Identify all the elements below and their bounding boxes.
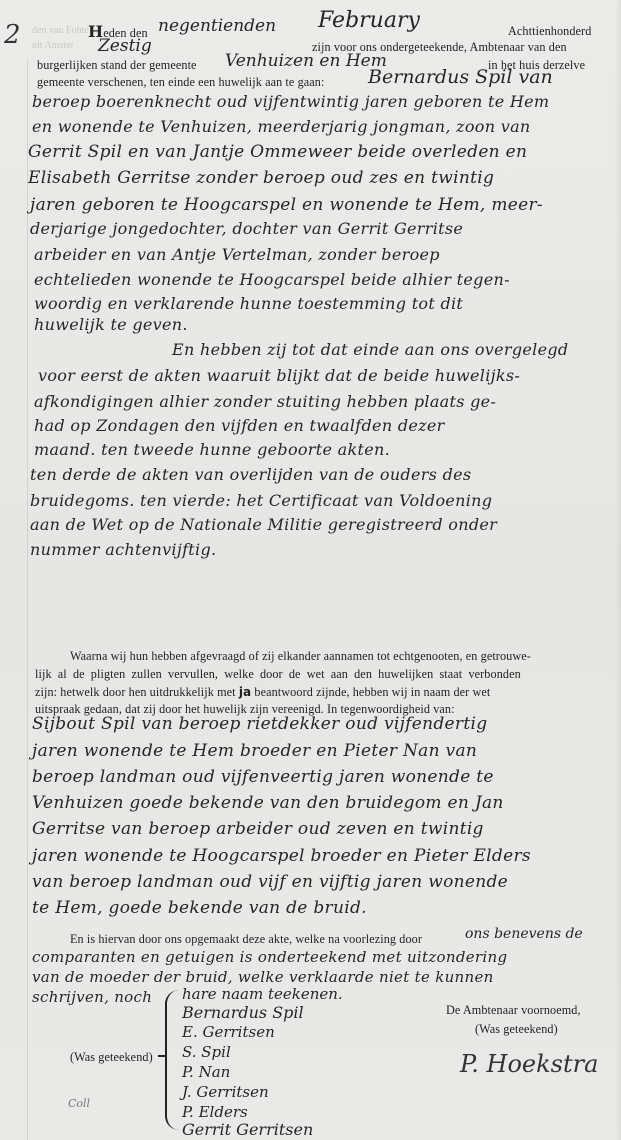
closing-inline: ons benevens de <box>465 926 583 942</box>
witness-line: jaren wonende te Hoogcarspel broeder en … <box>32 846 531 866</box>
margin-rule <box>27 60 28 1140</box>
witness-line: Sijbout Spil van beroep rietdekker oud v… <box>32 714 487 734</box>
page-edge-shadow <box>615 0 621 1140</box>
signature-brace <box>165 990 179 1130</box>
witness-line: Venhuizen goede bekende van den bruidego… <box>32 793 504 813</box>
waarna-line: Waarna wij hun hebben afgevraagd of zij … <box>70 649 531 664</box>
hand-line: arbeider en van Antje Vertelman, zonder … <box>34 245 440 264</box>
bleed-through-text: den van Fohte <box>32 25 89 36</box>
hand-line: woordig en verklarende hunne toestemming… <box>34 294 463 313</box>
hand-line: nummer achtenvijftig. <box>30 540 216 559</box>
ambtenaar-voornoemd: De Ambtenaar voornoemd, <box>446 1003 581 1018</box>
hand-line: had op Zondagen den vijfden en twaalfden… <box>34 416 445 435</box>
hand-line: echtelieden wonende te Hoogcarspel beide… <box>34 270 510 289</box>
certificate-page: den van Fohte uit Amster 2 Heden den neg… <box>0 0 621 1140</box>
ja-emphasis: ja <box>239 685 251 699</box>
signature: P. Nan <box>182 1063 230 1081</box>
groom-name: Bernardus Spil van <box>368 66 553 88</box>
page-number: 2 <box>4 20 21 50</box>
waarna-line: zijn: hetwelk door hen uitdrukkelijk met… <box>35 685 490 700</box>
hand-line: En hebben zij tot dat einde aan ons over… <box>172 340 568 359</box>
achttienhonderd-label: Achttienhonderd <box>508 24 591 39</box>
hand-line: voor eerst de akten waaruit blijkt dat d… <box>38 366 520 385</box>
hand-line: aan de Wet op de Nationale Militie gereg… <box>30 515 497 534</box>
hand-line: Elisabeth Gerritse zonder beroep oud zes… <box>28 168 494 188</box>
signature: P. Elders <box>182 1103 248 1121</box>
witness-line: Gerritse van beroep arbeider oud zeven e… <box>32 819 484 839</box>
closing-line: comparanten en getuigen is onderteekend … <box>32 948 507 966</box>
gemeente-verschenen-label: gemeente verschenen, ten einde een huwel… <box>37 75 324 90</box>
hand-line: beroep boerenknecht oud vijfentwintig ja… <box>32 92 549 111</box>
hand-line: ten derde de akten van overlijden van de… <box>30 465 471 484</box>
hand-line: derjarige jongedochter, dochter van Gerr… <box>30 219 463 238</box>
burgerlijken-stand-label: burgerlijken stand der gemeente <box>37 58 197 73</box>
official-signature: P. Hoekstra <box>460 1050 598 1078</box>
margin-note: Coll <box>68 1097 90 1110</box>
closing-line: van de moeder der bruid, welke verklaard… <box>32 968 494 986</box>
hand-line: maand. ten tweede hunne geboorte akten. <box>34 440 390 459</box>
witness-line: te Hem, goede bekende van de bruid. <box>32 898 367 918</box>
witness-line: jaren wonende te Hem broeder en Pieter N… <box>32 741 477 761</box>
date-day: negentienden <box>158 16 276 36</box>
was-geteekend-left: (Was geteekend) <box>70 1050 153 1065</box>
gemeente-name: Venhuizen en Hem <box>225 51 387 71</box>
signature-brace-tip <box>158 1055 166 1057</box>
signature: S. Spil <box>182 1043 231 1061</box>
signature: Bernardus Spil <box>182 1003 304 1022</box>
closing-line: schrijven, noch <box>32 988 152 1006</box>
closing-printed: En is hiervan door ons opgemaakt deze ak… <box>70 932 422 947</box>
waarna-line: lijk al de pligten zullen vervullen, wel… <box>35 667 521 682</box>
hand-line: Gerrit Spil en van Jantje Ommeweer beide… <box>28 142 527 162</box>
hand-line: en wonende te Venhuizen, meerderjarig jo… <box>32 117 531 136</box>
signature: E. Gerritsen <box>182 1023 275 1041</box>
was-geteekend-right: (Was geteekend) <box>475 1022 558 1037</box>
year-text: Zestig <box>98 36 152 56</box>
hand-line: afkondigingen alhier zonder stuiting heb… <box>34 392 496 411</box>
witness-line: van beroep landman oud vijf en vijftig j… <box>32 872 508 892</box>
witness-line: beroep landman oud vijfenveertig jaren w… <box>32 767 494 787</box>
date-month: February <box>318 8 420 33</box>
hand-line: huwelijk te geven. <box>34 315 188 334</box>
hand-line: bruidegoms. ten vierde: het Certificaat … <box>30 491 492 510</box>
signature: J. Gerritsen <box>182 1083 269 1101</box>
signatures-intro: hare naam teekenen. <box>182 985 343 1003</box>
hand-line: jaren geboren te Hoogcarspel en wonende … <box>30 195 543 215</box>
bleed-through-text: uit Amster <box>32 40 74 51</box>
signature: Gerrit Gerritsen <box>182 1120 313 1139</box>
